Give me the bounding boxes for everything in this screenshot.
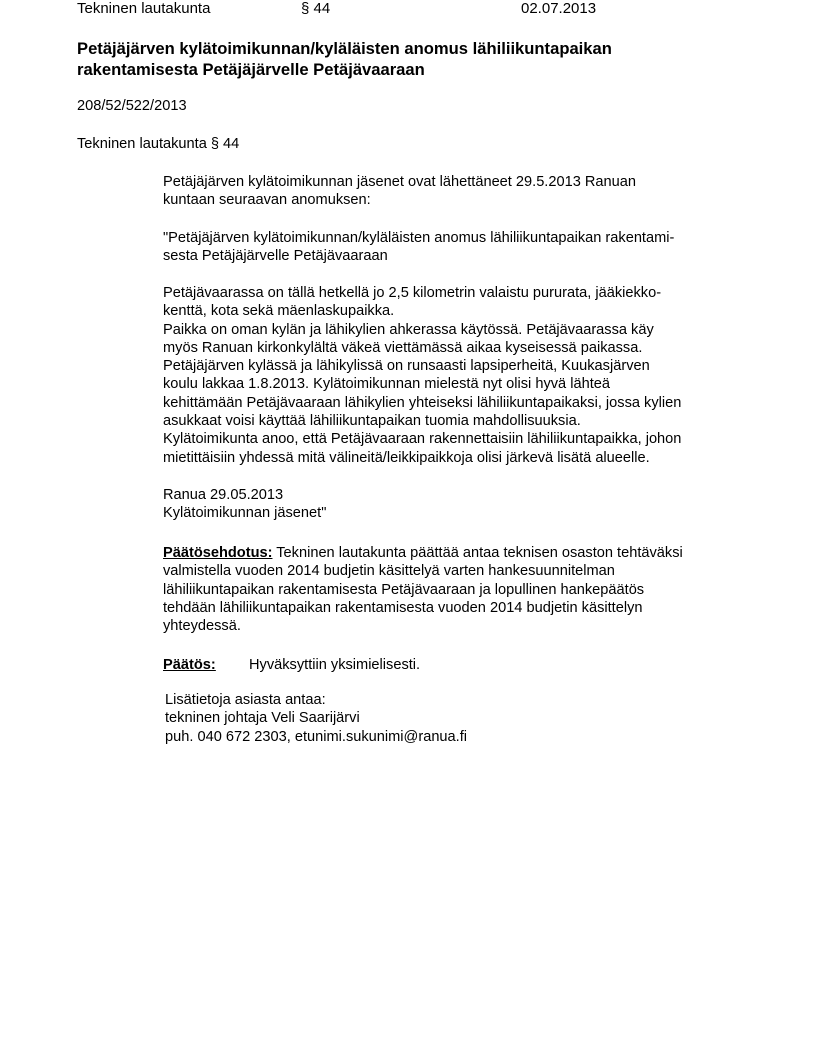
text-line: "Petäjäjärven kylätoimikunnan/kyläläiste… <box>163 229 763 247</box>
text-line: kuntaan seuraavan anomuksen: <box>163 191 763 209</box>
text-line: Petäjävaarassa on tällä hetkellä jo 2,5 … <box>163 284 763 302</box>
contact-phone-email: puh. 040 672 2303, etunimi.sukunimi@ranu… <box>165 728 765 746</box>
text-line: kehittämään Petäjävaaraan lähikylien yht… <box>163 394 763 412</box>
section-reference: Tekninen lautakunta § 44 <box>77 136 239 153</box>
header-organization: Tekninen lautakunta <box>77 0 210 17</box>
text-line: Kylätoimikunta anoo, että Petäjävaaraan … <box>163 430 763 448</box>
text-line: yhteydessä. <box>163 617 763 635</box>
decision-line: Päätös:Hyväksyttiin yksimielisesti. <box>163 656 763 674</box>
quote-body: Petäjävaarassa on tällä hetkellä jo 2,5 … <box>163 284 763 467</box>
decision-proposal: Päätösehdotus: Tekninen lautakunta päätt… <box>163 544 763 635</box>
header-paragraph: § 44 <box>301 0 330 17</box>
proposal-first-line: Päätösehdotus: Tekninen lautakunta päätt… <box>163 544 763 562</box>
quote-title: "Petäjäjärven kylätoimikunnan/kyläläiste… <box>163 229 763 266</box>
text-line: myös Ranuan kirkonkylältä väkeä viettämä… <box>163 339 763 357</box>
text-line: tekninen johtaja Veli Saarijärvi <box>165 709 765 727</box>
proposal-label: Päätösehdotus: <box>163 545 272 561</box>
text-line: Kylätoimikunnan jäsenet" <box>163 504 763 522</box>
text-line: sesta Petäjäjärvelle Petäjävaaraan <box>163 247 763 265</box>
contact-info: Lisätietoja asiasta antaa: tekninen joht… <box>165 691 765 746</box>
decision-label: Päätös: <box>163 656 249 674</box>
decision: Päätös:Hyväksyttiin yksimielisesti. <box>163 656 763 674</box>
text-line: kenttä, kota sekä mäenlaskupaikka. <box>163 302 763 320</box>
text-line: asukkaat voisi käyttää lähiliikuntapaika… <box>163 412 763 430</box>
proposal-text: Tekninen lautakunta päättää antaa teknis… <box>272 545 682 561</box>
text-line: valmistella vuoden 2014 budjetin käsitte… <box>163 562 763 580</box>
text-line: koulu lakkaa 1.8.2013. Kylätoimikunnan m… <box>163 375 763 393</box>
text-line: Petäjäjärven kylätoimikunnan jäsenet ova… <box>163 173 763 191</box>
text-line: lähiliikuntapaikan rakentamisesta Petäjä… <box>163 581 763 599</box>
quote-signature: Ranua 29.05.2013 Kylätoimikunnan jäsenet… <box>163 486 763 523</box>
decision-text: Hyväksyttiin yksimielisesti. <box>249 657 420 673</box>
title-line: Petäjäjärven kylätoimikunnan/kyläläisten… <box>77 38 757 59</box>
text-line: Petäjäjärven kylässä ja lähikylissä on r… <box>163 357 763 375</box>
decision-label-wrap: Päätös: <box>163 657 249 673</box>
text-line: mietittäisiin yhdessä mitä välineitä/lei… <box>163 449 763 467</box>
text-line: tehdään lähiliikuntapaikan rakentamisest… <box>163 599 763 617</box>
document-title: Petäjäjärven kylätoimikunnan/kyläläisten… <box>77 38 757 80</box>
title-line: rakentamisesta Petäjäjärvelle Petäjävaar… <box>77 59 757 80</box>
diary-number: 208/52/522/2013 <box>77 98 187 115</box>
text-line: Ranua 29.05.2013 <box>163 486 763 504</box>
intro-paragraph: Petäjäjärven kylätoimikunnan jäsenet ova… <box>163 173 763 210</box>
text-line: Paikka on oman kylän ja lähikylien ahker… <box>163 321 763 339</box>
text-line: Lisätietoja asiasta antaa: <box>165 691 765 709</box>
header-date: 02.07.2013 <box>521 0 596 17</box>
